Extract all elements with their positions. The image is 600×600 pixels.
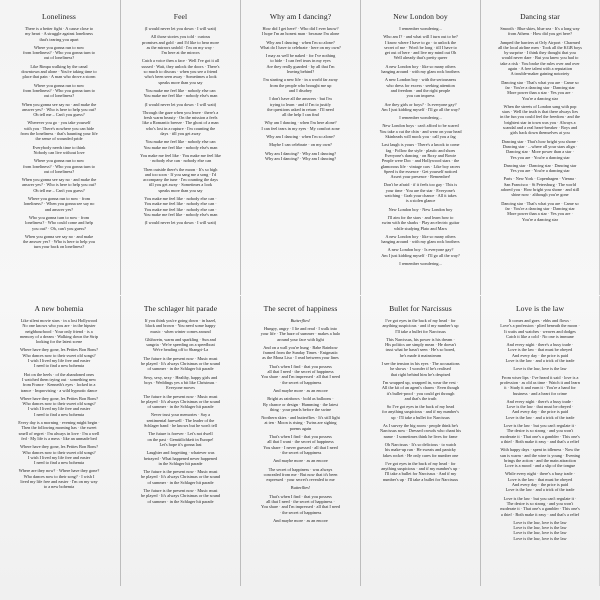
bottom-row: A new bohemiaLike silent movie stars · i… — [0, 296, 600, 586]
lyric-line: moderate it · That one's a gambler · Thi… — [485, 506, 595, 511]
lyric-line: place that pain · A man who drove a stor… — [2, 74, 116, 79]
song-title: New London boy — [365, 12, 476, 21]
lyric-line: Love is the law · and a trick of the tra… — [485, 487, 595, 492]
stanza: Wherever you go · you take yourselfwith … — [2, 120, 116, 141]
lyric-line: I remember wondering... — [365, 26, 476, 31]
lyric-line: Assert your presence · Remember! — [365, 174, 476, 179]
lyric-line: is a stolen glance — [365, 198, 476, 203]
stanza: Where have they gone, les Petites Bon Bo… — [2, 347, 116, 368]
stanza: I don't have all the answers · but I'mtr… — [245, 96, 356, 117]
lyric-panel-dancing-star: Dancing starSmooth · Blue skies, blue se… — [480, 0, 600, 295]
stanza: Maybe I can celebrate · on my own? — [245, 142, 356, 147]
lyric-line: You're a dancing star — [485, 217, 595, 222]
song-subtitle: Butterflies! — [245, 318, 356, 323]
stanza: New London boys · can't afford to be sca… — [365, 123, 476, 139]
lyric-line: speaks more than you say — [125, 80, 236, 85]
stanza: Where are they now? · Where have they go… — [2, 468, 116, 489]
lyric-line: your life · The haze of summer · makes a… — [245, 331, 356, 336]
lyric-line: I need to find a new bohemia — [2, 460, 116, 465]
stanza: From wiser lips · I've heard it said · l… — [485, 375, 595, 396]
stanza: And on a wall you're hung · Babe Rainbow… — [245, 345, 356, 361]
stanza: Why am I dancing · when I'm here alone?I… — [245, 120, 356, 131]
lyric-panel-the-secret-of-happiness: The secret of happinessButterflies!Hungr… — [240, 296, 360, 586]
stanza: Then outside there's the moon · It's so … — [125, 167, 236, 193]
stanza: Glühwein, warm and sparkling · Sun andsa… — [125, 337, 236, 353]
stanza: This Narcissus, his power is his dream ·… — [365, 337, 476, 358]
lyric-line: Oh tell me – Can't you guess? — [2, 112, 116, 117]
lyric-panel-why-am-i-dancing: Why am I dancing?How did I get here? · W… — [240, 0, 360, 295]
stanza: And every night · there's a busy trade ·… — [485, 399, 595, 420]
stanza: The future is forever · Let's not dwello… — [125, 431, 236, 447]
stanza: It comes and goes · ebbs and flows ·Love… — [485, 318, 595, 339]
song-title: A new bohemia — [2, 304, 116, 313]
stanza: Hot on the heels · of the abandoned ones… — [2, 372, 116, 393]
stanza: The future is the present now · Music mu… — [125, 394, 236, 410]
lyric-line: speaks more than you say — [125, 188, 236, 193]
stanza: That's when I find · that you possessall… — [245, 364, 356, 385]
lyric-line: Love's a profession · plied beneath the … — [485, 323, 595, 328]
stanza: You make me feel like · nobody else canY… — [125, 88, 236, 99]
lyric-line: and I disobey — [245, 88, 356, 93]
stanza: I see the tension in his eyes · The accu… — [365, 361, 476, 377]
stanza: How did I get here? · Who did I ever kno… — [245, 26, 356, 37]
stanza: The future is the present now · Music mu… — [125, 469, 236, 485]
stanza: You make me feel like · You make me feel… — [125, 153, 236, 164]
stanza: Where you gonna run to nowfrom lonelines… — [2, 45, 116, 61]
stanza: Where have they gone, les Petites Bon Bo… — [2, 444, 116, 465]
lyric-line: business · and a heart for crime — [485, 391, 595, 396]
lyric-line: fed · My life is a mess · like an unmade… — [2, 436, 116, 441]
lyric-line: I'll take a bullet for Narcissus — [365, 329, 476, 334]
stanza: While every night · there's a busy trade… — [485, 471, 595, 492]
lyric-line: that's tearing you apart — [2, 37, 116, 42]
lyric-line: Maybe I can celebrate · on my own? — [245, 142, 356, 147]
stanza: You make me feel like · nobody else can … — [125, 196, 236, 217]
lyric-line: Let's hope it's gonna last — [125, 442, 236, 447]
lyric-line: (I would never let you down · I will wai… — [125, 220, 236, 225]
lyric-line: you can impress — [365, 93, 476, 98]
stanza: I remember wondering... — [365, 26, 476, 31]
stanza: And maybe more · as an encore — [245, 518, 356, 523]
lyric-panel-new-london-boy: New London boyI remember wondering...Who… — [360, 0, 480, 295]
lyric-line: Catch it like a cold · No one is immune — [485, 334, 595, 339]
stanza: That's when I find · that you possessall… — [245, 494, 356, 515]
lyric-line: music · when winter comes around — [125, 329, 236, 334]
lyric-line: you out? · Oh, can't you guess? — [2, 226, 116, 231]
lyric-line: Nobody can live without love — [2, 150, 116, 155]
song-title: Why am I dancing? — [245, 12, 356, 21]
lyric-line: girls back down themselves at you — [485, 130, 595, 135]
stanza: When you gonna see say no · and makethe … — [2, 234, 116, 250]
lyric-line: Oh tell me – Can't you guess? — [2, 188, 116, 193]
lyric-line: I hope I'm an honest man · because I'm a… — [245, 31, 356, 36]
song-title: Feel — [125, 12, 236, 21]
lyric-panel-feel: Feel(I would never let you down · I will… — [120, 0, 240, 295]
lyric-line: You're a dancing star — [485, 96, 595, 101]
stanza: Where you gonna run to now · fromlonelin… — [2, 196, 116, 212]
lyric-line: Schlager band · he knows but he won't te… — [125, 423, 236, 428]
stanza: Love is the law · but you can't regulate… — [485, 423, 595, 444]
lyric-line: Why am I dancing · when I'm so alone? — [245, 134, 356, 139]
lyric-line: (I would never let you down · I will wai… — [125, 26, 236, 31]
lyric-line: Skinheads will mock you · call you a fag — [365, 134, 476, 139]
lyric-line: out of loneliness? — [2, 55, 116, 60]
lyric-line: I'm here at the mirrors — [125, 50, 236, 55]
lyric-line: the sense of wounded pride — [2, 136, 116, 141]
stanza: Why am I dancing · when I'm so alone? — [245, 134, 356, 139]
lyric-line: What do I have to celebrate · here on my… — [245, 45, 356, 50]
lyric-line: Butterflies! — [245, 485, 356, 490]
stanza: Dancing star · That's what you are · Cam… — [485, 80, 595, 101]
lyric-line: and that's the truth — [365, 396, 476, 401]
lyric-line: · the secret of happiness — [245, 450, 356, 455]
lyric-line: I need to find a new bohemia — [2, 363, 116, 368]
lyric-line: · the secret of happiness — [245, 510, 356, 515]
stanza: A new London boy · like so many othersha… — [365, 64, 476, 75]
lyric-sheet: LonelinessThere is a better fight · A ca… — [0, 0, 600, 600]
lyric-line: A trouble-maker gaining notoriety — [485, 71, 595, 76]
lyric-line: Yes you are · You're a dancing star — [485, 168, 595, 173]
stanza: I'm wrapped up, wrapped in, wear the ves… — [365, 380, 476, 401]
stanza: Like silent movie stars · in a lost Holl… — [2, 318, 116, 344]
stanza: I remember wondering... — [365, 261, 476, 266]
lyric-line: be played · It's always Christmas or the… — [125, 493, 236, 498]
lyric-line: from Athens · How did you get here? — [485, 31, 595, 36]
lyric-line: Yes you are · You're a dancing star — [485, 155, 595, 160]
stanza: The future is the present now · Music mu… — [125, 356, 236, 372]
lyric-line: of summer · in the Schlager hit parade — [125, 404, 236, 409]
stanza: A new London boy · like so many othersha… — [365, 234, 476, 245]
stanza: You make me feel like · nobody else canY… — [125, 139, 236, 150]
lyric-line: name · I sometimes think he lives for fa… — [365, 434, 476, 439]
stanza: So I've got eyes in the back of my headf… — [365, 404, 476, 420]
lyric-line: Everyone moves — [125, 385, 236, 390]
stanza: (I would never let you down · I will wai… — [125, 102, 236, 107]
stanza: When you gonna see say no · and make the… — [2, 102, 116, 118]
stanza: Why am I dancing? · Why am I dancing?Why… — [245, 151, 356, 162]
lyric-line: I remember wondering... — [365, 261, 476, 266]
lyric-line: in the fun you could feel the freedom · … — [485, 114, 595, 119]
lyric-line: Last laugh is yours · There's a knock to… — [365, 142, 476, 147]
stanza: (I would never let you down · I will wai… — [125, 220, 236, 225]
lyric-line: New London boy · New London boy — [365, 207, 476, 212]
lyric-line: · the secret of happiness — [245, 380, 356, 385]
stanza: Love is the law, love is the law — [485, 366, 595, 371]
lyric-line: be played · It's always Christmas or the… — [125, 474, 236, 479]
stanza: Where have they gone, les Petites Bon Bo… — [2, 396, 116, 417]
lyric-panel-loneliness: LonelinessThere is a better fight · A ca… — [0, 0, 120, 295]
lyric-line: of summer · in the Schlager hit parade — [125, 499, 236, 504]
lyric-panel-bullet-for-narcissus: Bullet for NarcissusI've got eyes in the… — [360, 296, 480, 586]
lyric-line: You share · and I'm impressed · all that… — [245, 374, 356, 379]
lyric-line: Love is the law · and a trick of the tra… — [485, 415, 595, 420]
lyric-line: thing · your pearls before the swine — [245, 407, 356, 412]
lyric-line: Am I just kidding myself · I'll go all t… — [365, 107, 476, 112]
lyric-line: poems again — [245, 426, 356, 431]
stanza: Who am I? · and what will I turn out to … — [365, 34, 476, 60]
song-title: Bullet for Narcissus — [365, 304, 476, 313]
lyric-line: You share · and I'm impressed · all that… — [245, 504, 356, 509]
stanza: A new London boy · Is everyone gay?Am I … — [365, 247, 476, 258]
lyric-line: to a new bohemia — [2, 484, 116, 489]
stanza: Don't be afraid · if it feels too gay · … — [365, 182, 476, 203]
lyric-line: up · I'll take a bullet for Narcissus — [365, 415, 476, 420]
lyric-line: while studying Plato and Marx — [365, 226, 476, 231]
stanza: That's when I find · that you possessall… — [245, 434, 356, 455]
lyric-line: Well already that's pretty queer — [365, 55, 476, 60]
lyric-line: a thief · Both make it easy · and that's… — [485, 439, 595, 444]
lyric-line: Narcissus now · Dressed crowds who chant… — [365, 428, 476, 433]
lyric-panel-a-new-bohemia: A new bohemiaLike silent movie stars · i… — [0, 296, 120, 586]
lyric-line: Love is the law, love is the law — [485, 536, 595, 541]
lyric-line: of summer · in the Schlager hit parade — [125, 366, 236, 371]
stanza: Dancing star · That's how bright you sho… — [485, 139, 595, 160]
stanza: The future is the present now · Music mu… — [125, 488, 236, 504]
stanza: The secret of happiness · was alwaysconc… — [245, 467, 356, 483]
stanza: Never trust your memories · Say asentime… — [125, 412, 236, 428]
lyric-line: in the Schlager hit parade — [125, 461, 236, 466]
stanza: (I would never let you down · I will wai… — [125, 26, 236, 31]
lyric-line: And maybe more · as an encore — [245, 388, 356, 393]
stanza: Everybody needs time to thinkNobody can … — [2, 145, 116, 156]
stanza: Are they girls or boys? · Is everyone ga… — [365, 102, 476, 113]
lyric-line: as the Mona Lisa · I read between your l… — [245, 355, 356, 360]
stanza: Dancing star · That's what you are · Cam… — [485, 201, 595, 222]
stanza: New London boy · New London boy — [365, 207, 476, 212]
stanza: I'll aim for the stars · and learn how t… — [365, 215, 476, 231]
lyric-line: days · till you get away — [125, 131, 236, 136]
lyric-line: You make me feel like · nobody else's ma… — [125, 145, 236, 150]
lyric-line: Where are they now? · Where have they go… — [2, 468, 116, 473]
stanza: Where you gonna run to nowfrom lonelines… — [2, 158, 116, 174]
stanza: Paris · New York · Copenhagen · Vienna ·… — [485, 176, 595, 197]
song-title: Love is the law — [485, 304, 595, 313]
stanza: A new London boy · with the seriousnessw… — [365, 77, 476, 98]
stanza: Catch a voice then a face · Well I've go… — [125, 58, 236, 84]
stanza: I've got eyes in the back of my head · f… — [365, 461, 476, 482]
stanza: Why am I dancing · when I'm so alone?Wha… — [245, 40, 356, 51]
stanza: Northern skies · and butterflies · It's … — [245, 415, 356, 431]
song-title: The secret of happiness — [245, 304, 356, 313]
stanza: Last laugh is yours · There's a knock to… — [365, 142, 476, 179]
lyric-line: and answer yes? — [2, 207, 116, 212]
lyric-line: I need to find a new bohemia — [2, 412, 116, 417]
lyric-line: Why am I dancing? · Why am I dancing? — [245, 156, 356, 161]
lyric-line: turn your back on loneliness? — [2, 244, 116, 249]
lyric-line: out of loneliness? — [2, 93, 116, 98]
lyric-line: trance · Improvising · a wild hypnotic d… — [2, 388, 116, 393]
stanza: If you think you're going down · in haze… — [125, 318, 236, 334]
lyric-line: And maybe more · as an encore — [245, 458, 356, 463]
stanza: Oh Narcissus · It's so delicious · to wa… — [365, 442, 476, 458]
lyric-line: With happy days · spent in idleness · No… — [485, 447, 595, 452]
stanza: I may as well be naked · for I've nothin… — [245, 53, 356, 74]
lyric-line: number's up · I'll take a bullet for Nar… — [365, 477, 476, 482]
stanza: Bright as rainbows · bold as balloons ·B… — [245, 396, 356, 412]
song-title: Loneliness — [2, 12, 116, 21]
stanza: Laughter and forgetting · whatever wasbe… — [125, 450, 236, 466]
song-title: The schlager hit parade — [125, 304, 236, 313]
stanza: There is a better fight · A cause close … — [2, 26, 116, 42]
stanza: Who you gonna turn to now · fromloneline… — [2, 215, 116, 231]
lyric-line: leaving behind? — [245, 69, 356, 74]
lyric-line: I remember wondering... — [365, 115, 476, 120]
lyric-line: hanging around · with my glam rock broth… — [365, 69, 476, 74]
lyric-line: all the help I can find — [245, 112, 356, 117]
stanza: And every night · there's a busy trade ·… — [485, 342, 595, 363]
lyric-line: out of loneliness? — [2, 169, 116, 174]
stanza: Smooth · Blue skies, blue sea · It's a l… — [485, 26, 595, 37]
stanza: Love is the law, love is the lawLove is … — [485, 520, 595, 541]
stanza: Where you gonna run to nowfrom lonelines… — [2, 83, 116, 99]
stanza: Hungry, angry · I lie and read · I walk … — [245, 326, 356, 342]
lyric-line: You make me feel like · nobody else's ma… — [125, 93, 236, 98]
stanza: I remember wondering... — [365, 115, 476, 120]
lyric-line: fakes rocket · He only cares for number … — [365, 453, 476, 458]
lyric-line: · nobody else can · nobody else can — [125, 158, 236, 163]
stanza: As I survey the big room · people think … — [365, 423, 476, 439]
stanza: Every day is a morning · evening might b… — [2, 420, 116, 441]
lyric-line: And maybe more · as an encore — [245, 518, 356, 523]
lyric-line: that right behind him he's despised — [365, 372, 476, 377]
lyric-line: Love is the law · and a trick of the tra… — [485, 358, 595, 363]
lyric-line: a thief · Both make it easy · and that's… — [485, 512, 595, 517]
lyric-line: Am I just kidding myself · I'll go all t… — [365, 253, 476, 258]
stanza: Jumped the barriers at Orly Airport · Ch… — [485, 40, 595, 77]
lyric-panel-love-is-the-law: Love is the lawIt comes and goes · ebbs … — [480, 296, 600, 586]
stanza: And maybe more · as an encore — [245, 388, 356, 393]
stanza: When you gonna see say no · and make the… — [2, 177, 116, 193]
stanza: Love is the law · but you can't regulate… — [485, 496, 595, 517]
lyric-line: around your face with light — [245, 337, 356, 342]
lyric-line: hanging around · with my glam rock broth… — [365, 239, 476, 244]
lyric-line: We're heading off to Shangri-La — [125, 347, 236, 352]
lyric-line: You make me feel like · nobody else's ma… — [125, 212, 236, 217]
lyric-line: he's made it mainstream — [365, 353, 476, 358]
stanza: Butterflies! — [245, 485, 356, 490]
stanza: With happy days · spent in idleness · No… — [485, 447, 595, 468]
song-title: Dancing star — [485, 12, 595, 21]
stanza: When the streets of London sang with pop… — [485, 104, 595, 136]
lyric-line: expressed · your secret's revealed to me — [245, 477, 356, 482]
stanza: Like Rimpa walking by the canaldowntown … — [2, 64, 116, 80]
lyric-line: shine now · although you're gone — [485, 192, 595, 197]
lyric-line: looking for the latest scene — [2, 339, 116, 344]
stanza: I'm starting a new life · in a world far… — [245, 77, 356, 93]
stanza: And maybe more · as an encore — [245, 458, 356, 463]
top-row: LonelinessThere is a better fight · A ca… — [0, 0, 600, 295]
lyric-line: I can feel tears in my eyes · My comfort… — [245, 126, 356, 131]
lyric-line: (I would never let you down · I will wai… — [125, 102, 236, 107]
stanza: All those stories you told · curiousprom… — [125, 34, 236, 55]
lyric-line: Love is the law, love is the law — [485, 366, 595, 371]
stanza: Through the gaze when you leave · there'… — [125, 110, 236, 136]
stanza: Sexy, sexy, sexy · Healthy, happy girls … — [125, 375, 236, 391]
lyric-line: Love is a mood · and a slip of the tongu… — [485, 463, 595, 468]
stanza: I've got eyes in the back of my head · f… — [365, 318, 476, 334]
stanza: Dancing star · Dancing star · Dancing st… — [485, 163, 595, 174]
lyric-line: of summer · in the Schlager hit parade — [125, 480, 236, 485]
lyric-panel-the-schlager-hit-parade: The schlager hit paradeIf you think you'… — [120, 296, 240, 586]
